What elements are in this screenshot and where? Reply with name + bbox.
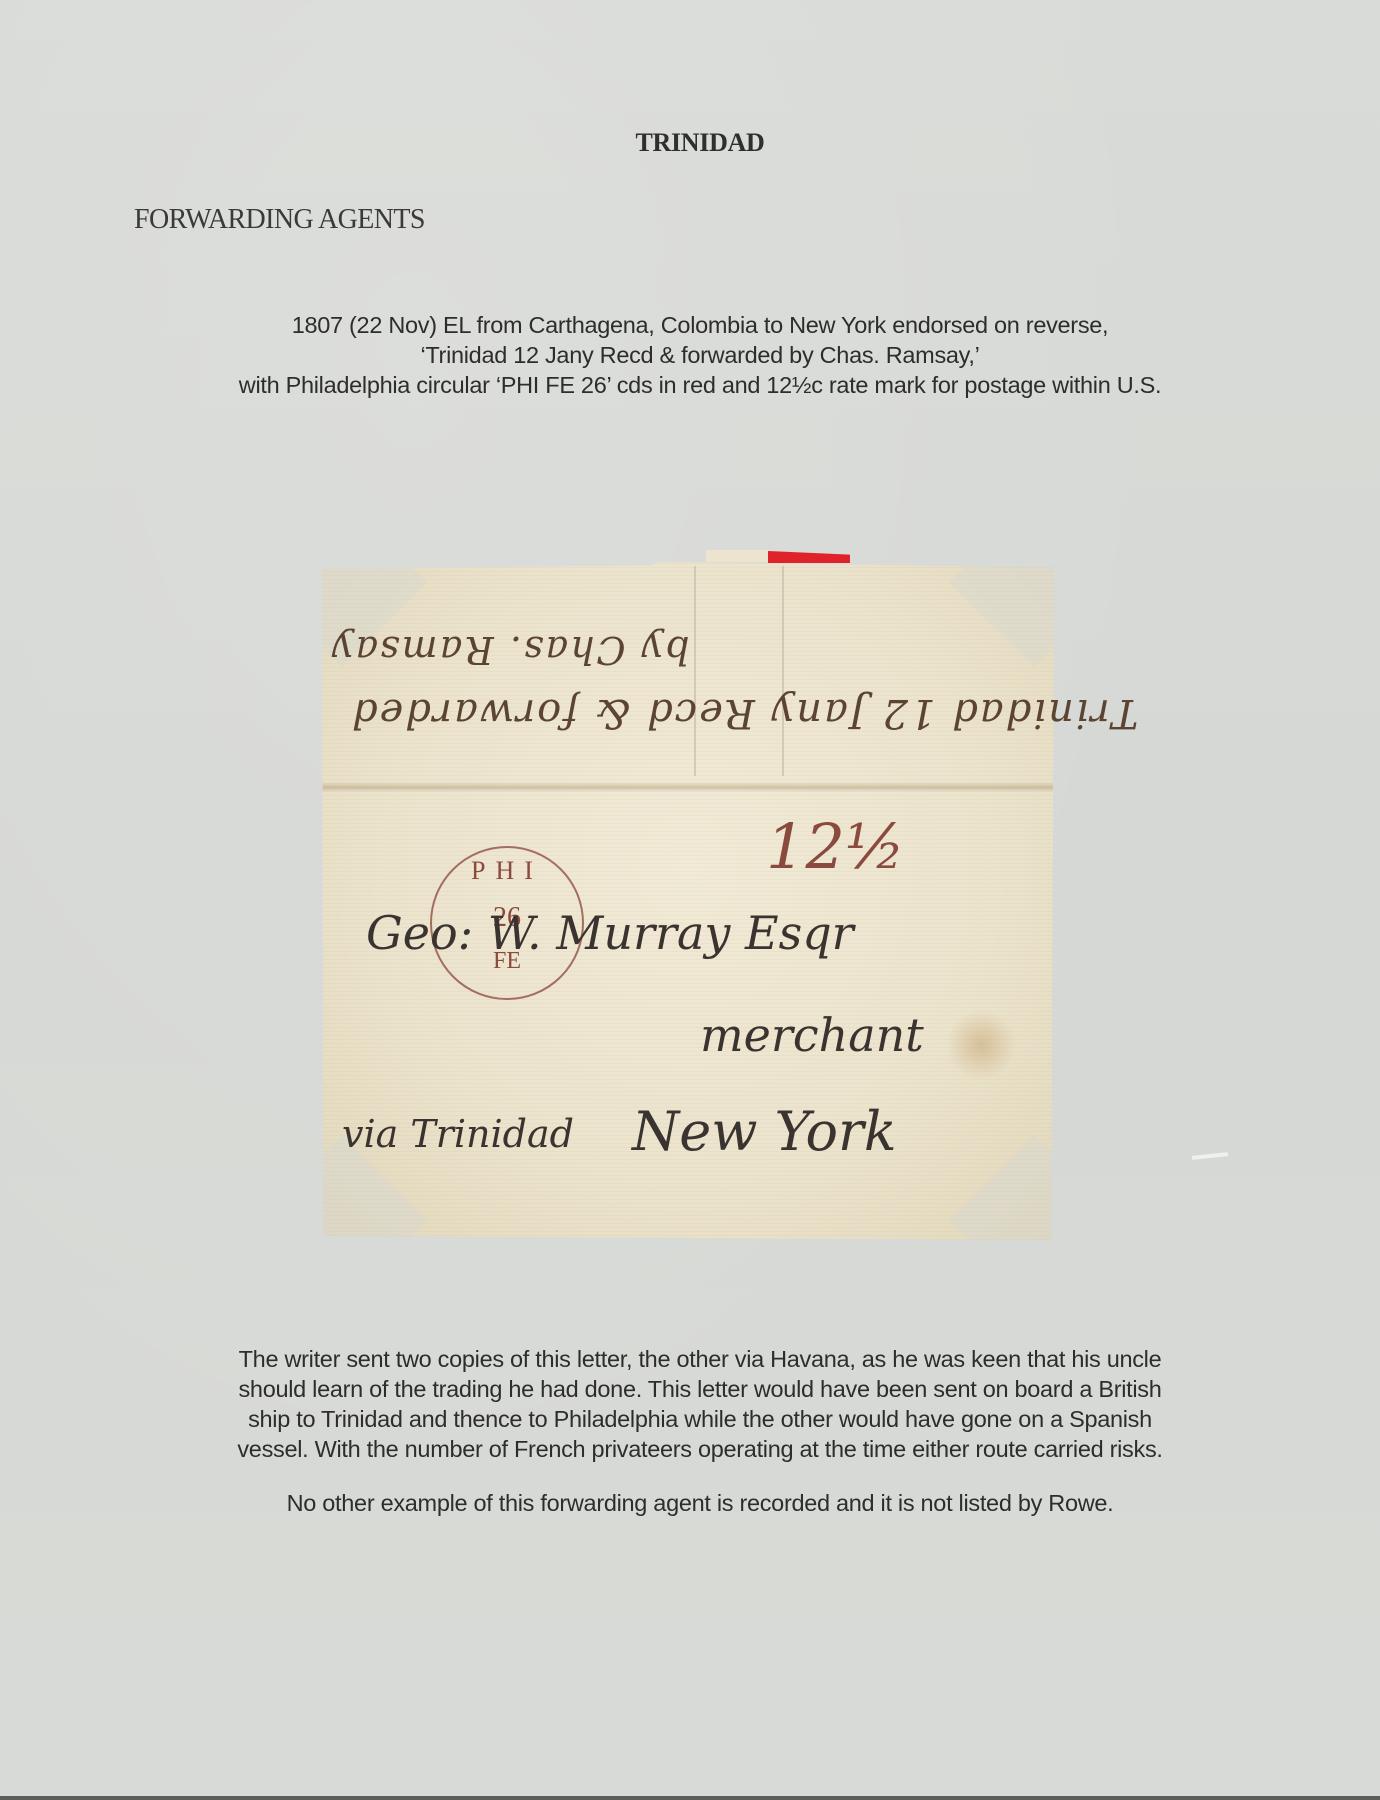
country-title: TRINIDAD [0,128,1380,158]
notes-line: vessel. With the number of French privat… [140,1434,1260,1464]
footnote: No other example of this forwarding agen… [140,1488,1260,1518]
fold-line [782,566,784,776]
foxing-stain [946,1010,1016,1080]
mount-corner [949,1135,1119,1305]
caption-line: ‘Trinidad 12 Jany Recd & forwarded by Ch… [140,340,1260,370]
address-line: merchant [700,1008,924,1062]
mount-corner [257,1135,427,1305]
endorsement-line: Trinidad 12 Jany Recd & forwarded [350,690,1138,736]
page-bottom-edge [0,1796,1380,1800]
notes-line: ship to Trinidad and thence to Philadelp… [140,1404,1260,1434]
album-page: TRINIDAD FORWARDING AGENTS 1807 (22 Nov)… [0,0,1380,1796]
notes-line: The writer sent two copies of this lette… [140,1344,1260,1374]
address-line: Geo: W. Murray Esqr [366,906,854,960]
item-caption: 1807 (22 Nov) EL from Carthagena, Colomb… [140,310,1260,400]
rate-mark: 12½ [766,810,905,883]
routing-endorsement: via Trinidad [342,1112,574,1156]
notes-line: should learn of the trading he had done.… [140,1374,1260,1404]
endorsement-line: by Chas. Ramsay [330,628,690,672]
mount-corner [949,497,1119,667]
address-line: New York [632,1100,897,1163]
section-title: FORWARDING AGENTS [134,204,425,236]
cds-town: PHI [432,856,582,886]
fold-line [322,782,1054,792]
caption-line: with Philadelphia circular ‘PHI FE 26’ c… [140,370,1260,400]
mount-speck [1192,1152,1228,1160]
item-notes: The writer sent two copies of this lette… [140,1344,1260,1518]
fold-line [694,566,696,776]
caption-line: 1807 (22 Nov) EL from Carthagena, Colomb… [140,310,1260,340]
